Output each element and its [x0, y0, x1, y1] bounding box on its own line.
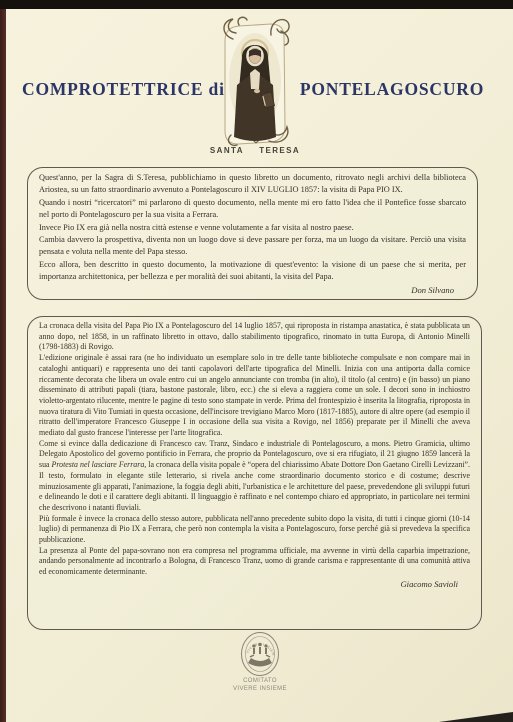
intro-paragraph: Quando i nostri “ricercatori” mi parlaro…: [39, 197, 466, 222]
committee-emblem: VIVERE INSIEME: [230, 631, 290, 677]
intro-paragraph: Invece Pio IX era già nella nostra città…: [39, 222, 466, 234]
image-caption: SANTA TERESA: [150, 146, 360, 155]
page-title-left: COMPROTETTRICE di: [22, 79, 222, 100]
chronicle-paragraph: La cronaca della visita del Papa Pio IX …: [39, 321, 470, 353]
intro-paragraph: Quest'anno, per la Sagra di S.Teresa, pu…: [39, 172, 466, 197]
intro-text-box: Quest'anno, per la Sagra di S.Teresa, pu…: [27, 167, 478, 300]
signature-giacomo-savioli: Giacomo Savioli: [39, 578, 470, 590]
committee-label-line1: COMITATO: [200, 678, 320, 686]
committee-label: COMITATO VIVERE INSIEME: [200, 678, 320, 693]
scanned-booklet-page: COMPROTETTRICE di: [0, 0, 513, 722]
committee-label-line2: VIVERE INSIEME: [200, 686, 320, 694]
santa-teresa-holy-card-icon: [211, 15, 297, 149]
signature-don-silvano: Don Silvano: [39, 284, 466, 296]
book-spine-edge: [0, 9, 6, 722]
intro-paragraph: Cambia davvero la prospettiva, diventa n…: [39, 234, 466, 259]
book-title-italic: Protesta nel lasciare Ferrara,: [52, 460, 147, 469]
page-title-right: PONTELAGOSCURO: [298, 79, 486, 100]
committee-seal-icon: VIVERE INSIEME: [230, 631, 290, 677]
chronicle-paragraph: La presenza al Ponte del papa-sovrano no…: [39, 546, 470, 578]
chronicle-paragraph: Più formale è invece la cronaca dello st…: [39, 514, 470, 546]
chronicle-text-box: La cronaca della visita del Papa Pio IX …: [27, 316, 482, 630]
santa-teresa-image: [211, 15, 297, 149]
chronicle-paragraph: Come si evince dalla dedicazione di Fran…: [39, 439, 470, 514]
intro-paragraph: Ecco allora, ben descritto in questo doc…: [39, 259, 466, 284]
chronicle-paragraph: L'edizione originale è assai rara (ne ho…: [39, 353, 470, 439]
